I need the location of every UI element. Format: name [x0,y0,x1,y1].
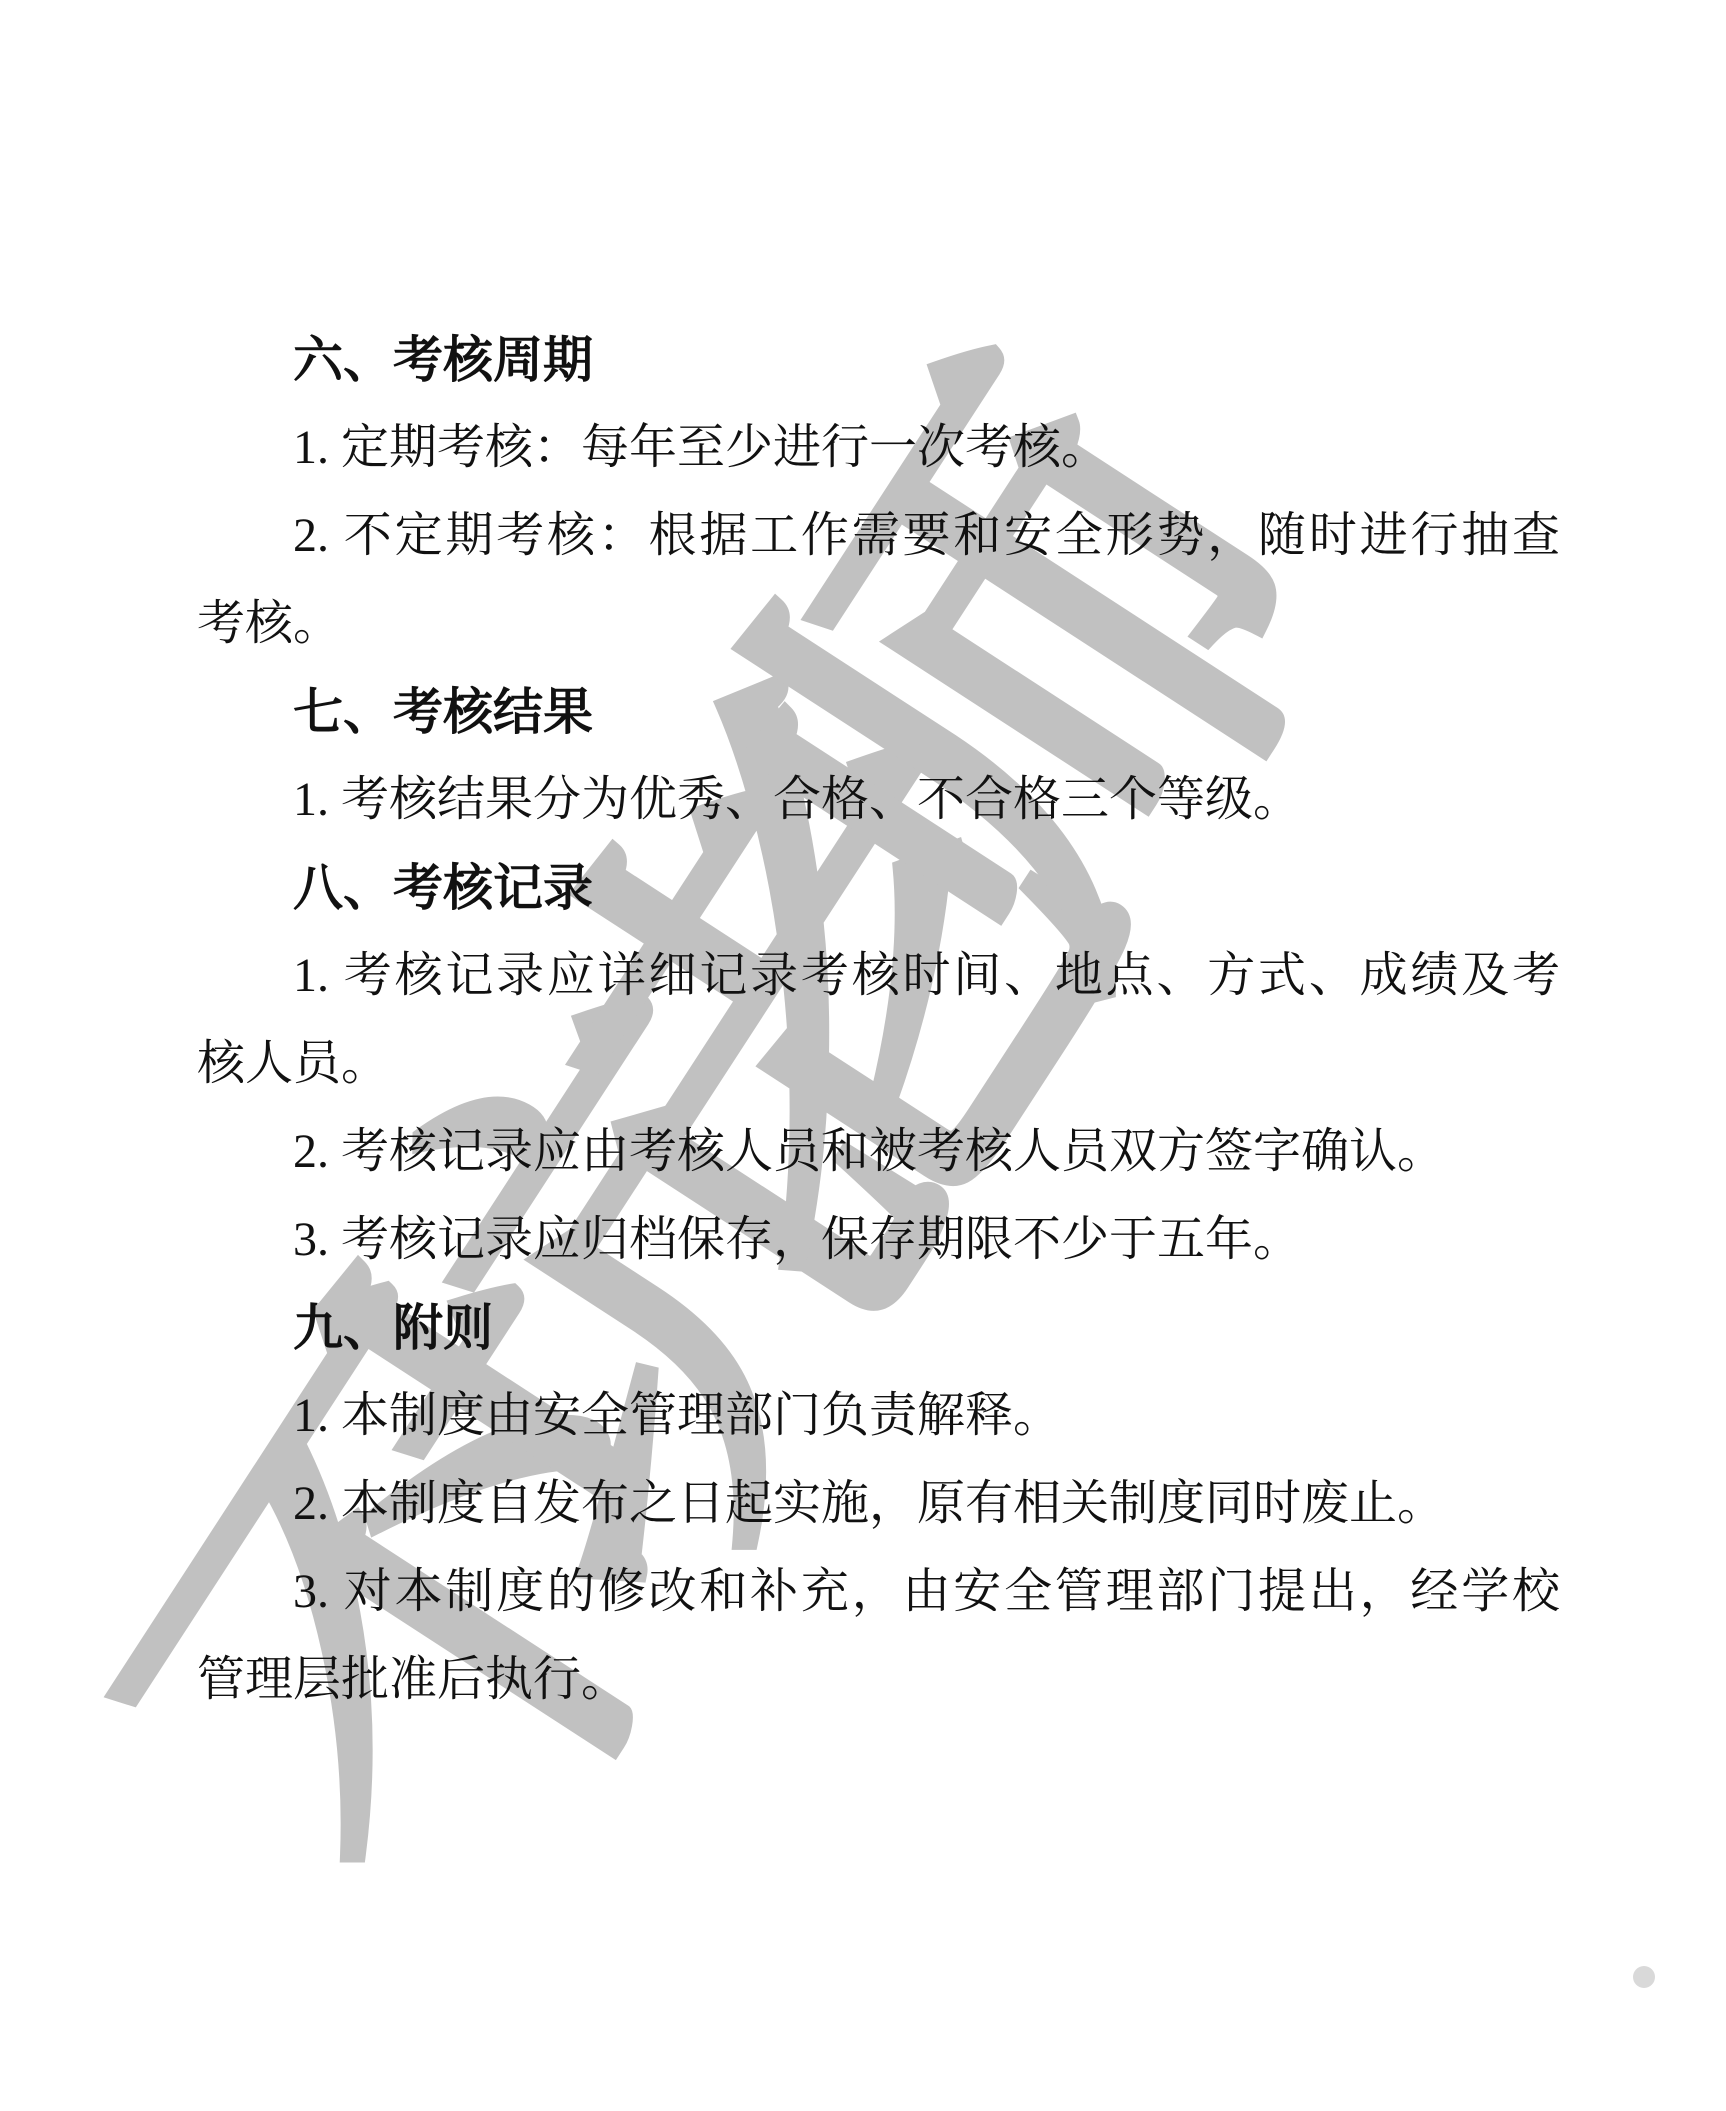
text-line: 考核。 [197,580,1560,668]
section-heading: 八、考核记录 [197,844,1560,932]
section-heading: 七、考核结果 [197,668,1560,756]
text-line: 2. 考核记录应由考核人员和被考核人员双方签字确认。 [197,1108,1560,1196]
text-line: 2. 本制度自发布之日起实施，原有相关制度同时废止。 [197,1460,1560,1548]
text-line: 1. 本制度由安全管理部门负责解释。 [197,1372,1560,1460]
text-line: 1. 考核记录应详细记录考核时间、地点、方式、成绩及考 [197,932,1560,1020]
text-line: 2. 不定期考核：根据工作需要和安全形势，随时进行抽查 [197,492,1560,580]
text-line: 核人员。 [197,1020,1560,1108]
text-line: 1. 考核结果分为优秀、合格、不合格三个等级。 [197,756,1560,844]
text-line: 3. 对本制度的修改和补充，由安全管理部门提出，经学校 [197,1548,1560,1636]
document-page: 不坑老师 六、考核周期1. 定期考核：每年至少进行一次考核。2. 不定期考核：根… [0,0,1726,2111]
corner-logo-dot [1633,1966,1655,1988]
section-heading: 六、考核周期 [197,316,1560,404]
text-line: 3. 考核记录应归档保存，保存期限不少于五年。 [197,1196,1560,1284]
section-heading: 九、附则 [197,1284,1560,1372]
document-body: 六、考核周期1. 定期考核：每年至少进行一次考核。2. 不定期考核：根据工作需要… [197,316,1560,1724]
text-line: 1. 定期考核：每年至少进行一次考核。 [197,404,1560,492]
text-line: 管理层批准后执行。 [197,1636,1560,1724]
